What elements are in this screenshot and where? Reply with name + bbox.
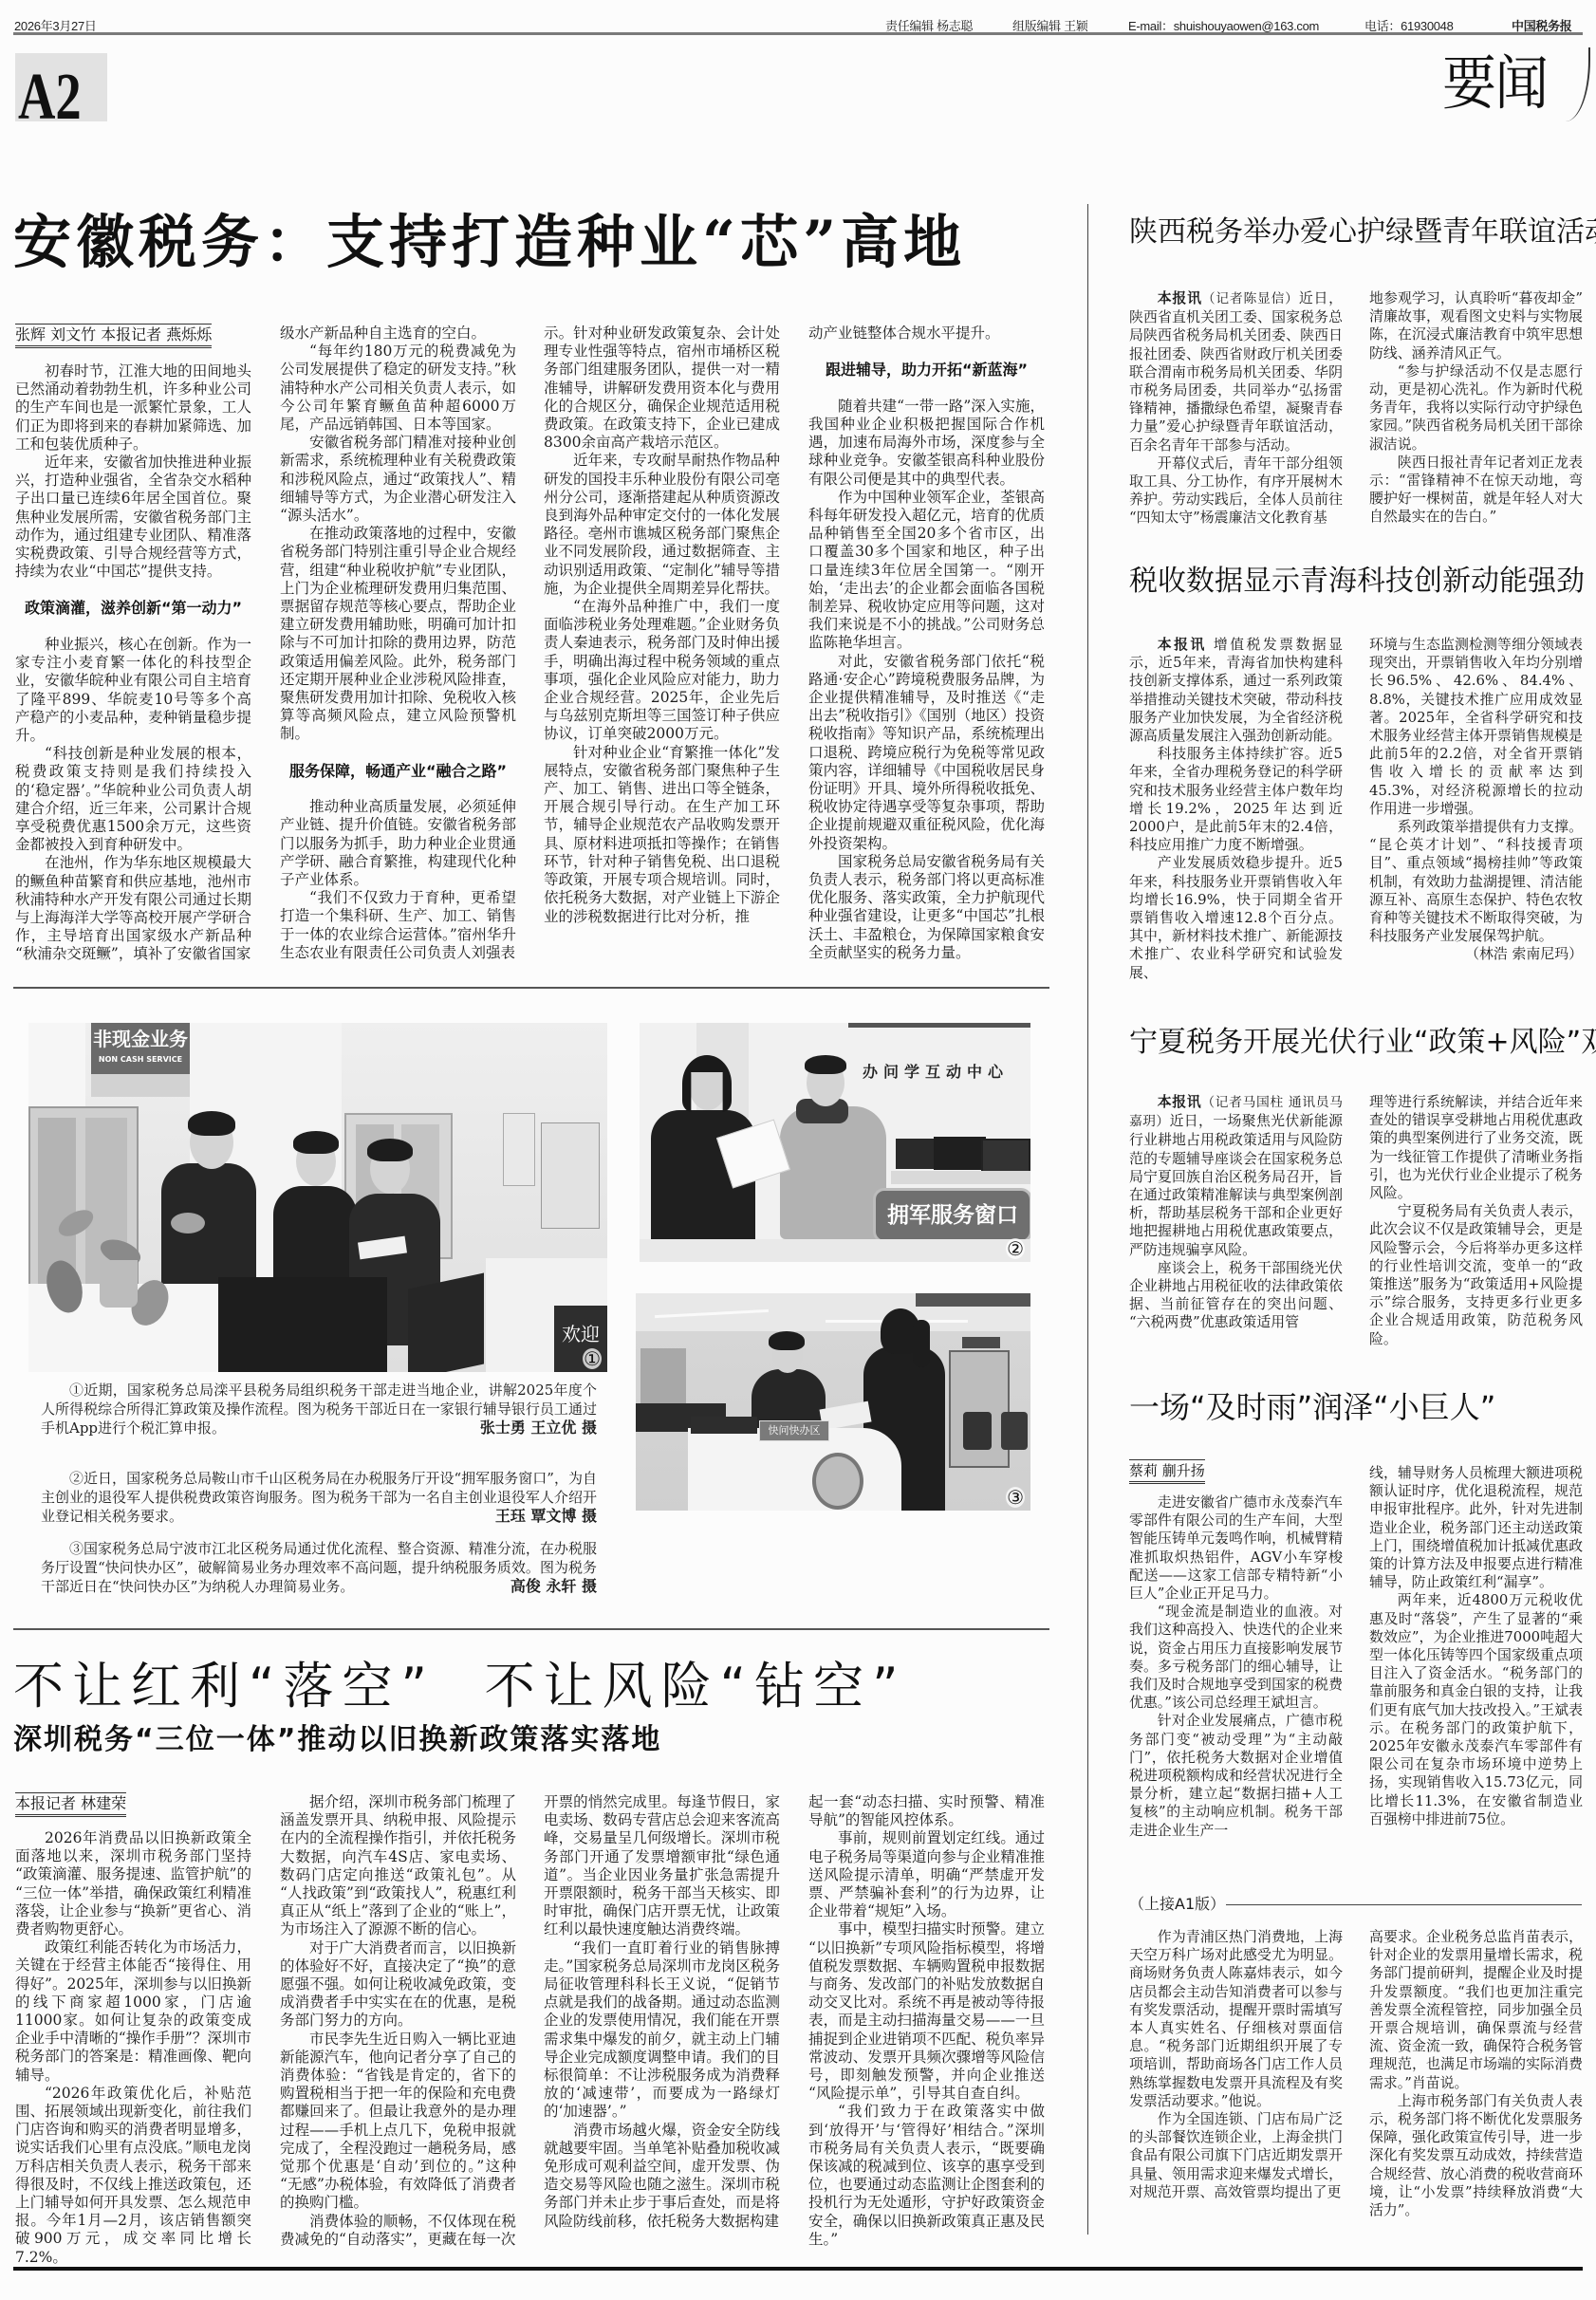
plant-leaf [171,1213,205,1233]
article-paragraph: 安徽省税务部门精准对接种业创新需求，系统梳理种业有关税费政策和涉税风险点，通过“… [280,434,516,525]
article-paragraph: 对于广大消费者而言，以旧换新的体验好不好，直接决定了“换”的意愿强不强。如何让税… [280,1939,516,2031]
article-paragraph: 市民李先生近日购入一辆比亚迪新能源汽车，他向记者分享了自己的消费体验：“省钱是肯… [280,2031,516,2213]
article-paragraph: 本报讯（记者马国柱 通讯员马嘉玥）近日，一场聚焦光伏新能源行业耕地占用税政策适用… [1129,1093,1343,1259]
article-paragraph: 线，辅导财务人员梳理大额进项税额认证时序，优化退税流程，规范申报审批程序。此外，… [1369,1464,1583,1591]
article-paragraph: 产业发展质效稳步提升。近5年来，科技服务业开票销售收入年均增长16.9%，快于同… [1129,854,1343,981]
article-paragraph: 两年来，近4800万元税收优惠及时“落袋”，产生了显著的“乘数效应”，为企业推进… [1369,1591,1583,1828]
quick-service-sign: 快问快办区 [759,1420,829,1441]
article-paragraph: 作为中国种业领军企业，荃银高科每年研发投入超亿元，培育的优质品种销售至全国20多… [808,489,1045,653]
monitor [934,1137,986,1170]
dateline-lead: 本报讯 [1158,289,1202,306]
article-paragraph: “现金流是制造业的血液。对我们这种高投入、快迭代的企业来说，资金占用压力直接影响… [1129,1603,1343,1712]
dateline-lead: 本报讯 [1158,636,1207,653]
sign-text: 快问快办区 [760,1424,828,1437]
article-paragraph: 上海市税务部门有关负责人表示，税务部门将不断优化发票服务保障，强化政策宣传引导，… [1369,2092,1583,2219]
byline: 张辉 刘文竹 本报记者 燕烁烁 [15,324,212,348]
article-paragraph: 种业振兴，核心在创新。作为一家专注小麦育繁一体化的科技型企业，安徽华皖种业有限公… [15,636,251,745]
headline: 税收数据显示青海科技创新动能强劲 [1129,564,1585,600]
sign-text: 非现金业务 [91,1028,190,1050]
article-paragraph: 在推动政策落地的过程中，安徽省税务部门特别注重引导企业合规经营，组建“种业税收护… [280,525,516,743]
author-signature: （林浩 索南尼玛） [1369,945,1583,963]
article-paragraph: 理等进行系统解读，并结合近年来查处的错误享受耕地占用税优惠政策的典型案例进行了业… [1369,1093,1583,1202]
sign-text-english: NON CASH SERVICE [91,1054,190,1066]
photo-caption: ②近日，国家税务总局鞍山市千山区税务局在办税服务厅开设“拥军服务窗口”，为自主创… [41,1469,597,1526]
article-column: 开票的悄然完成里。每逢节假日，家电卖场、数码专营店总会迎来客流高峰，交易量呈几何… [544,1793,780,2231]
article-paragraph: 针对企业发展痛点，广德市税务部门变“被动受理”为“主动敲门”，依托税务大数据对企… [1129,1712,1343,1839]
monitor [691,1417,757,1434]
monitor [218,1277,387,1372]
photo-bank-tax-guidance: 非现金业务 NON CASH SERVICE [28,1023,607,1372]
article-column: 高要求。企业税务总监肖苗表示，针对企业的发票用量增长需求，税务部门提前研判，提醒… [1369,1928,1583,2219]
column-divider [1087,204,1088,2235]
article-paragraph: 事前，规则前置划定红线。通过电子税务局等渠道向参与企业精准推送风险提示清单，明确… [808,1829,1045,1920]
article-paragraph: “科技创新是种业发展的根本，税费政策支持则是我们持续投入的‘稳定器’。”华皖种业… [15,745,251,854]
photo-credit: 张士勇 王立优 摄 [473,1419,597,1437]
article-divider [13,987,1049,989]
article-paragraph: 走进安徽省广德市永茂泰汽车零部件有限公司的生产车间，大型智能压铸单元轰鸣作响，机… [1129,1493,1343,1603]
photo-number-badge: ② [1006,1238,1025,1259]
photo-veteran-service-window: 办问学互动中心 拥军服务窗口 ② [640,1023,1030,1262]
page-bottom-rule [13,2267,1583,2271]
article-column: 作为青浦区热门消费地，上海天空万科广场对此感受尤为明显。商场财务负责人陈嘉炜表示… [1129,1928,1343,2201]
page-number-box: A2 [15,53,107,121]
article-column: 蔡莉 蒯升扬 走进安徽省广德市永茂泰汽车零部件有限公司的生产车间，大型智能压铸单… [1129,1459,1343,1840]
byline: 蔡莉 蒯升扬 [1129,1459,1205,1484]
article-column: 示。针对种业研发政策复杂、会计处理专业性强等特点，宿州市埇桥区税务部门组建服务团… [544,325,780,926]
glass-door [949,1350,1010,1468]
tax-emblem-icon [812,1453,863,1510]
article-column: 本报记者 林建荣 2026年消费品以旧换新政策全面落地以来，深圳市税务部门坚持“… [15,1792,251,2267]
article-paragraph: 高要求。企业税务总监肖苗表示，针对企业的发票用量增长需求，税务部门提前研判，提醒… [1369,1928,1583,2092]
article-paragraph: 政策红利能否转化为市场活力，关键在于经营主体能否“接得住、用得好”。2025年，… [15,1938,251,2085]
window [640,1348,686,1405]
article-column: 级水产新品种自主选育的空白。 “每年约180万元的税费减免为公司发展提供了稳定的… [280,325,516,962]
article-paragraph: 作为全国连锁、门店布局广泛的头部餐饮连锁企业，上海金拱门食品有限公司旗下门店近期… [1129,2110,1343,2201]
article-column: 张辉 刘文竹 本报记者 燕烁烁 初春时节，江淮大地的田间地头已然涌动着勃勃生机，… [15,324,251,964]
article-paragraph: “我们一直盯着行业的销售脉搏走。”国家税务总局深圳市龙岗区税务局征收管理科科长王… [544,1939,780,2122]
article-column: 理等进行系统解读，并结合近年来查处的错误享受耕地占用税优惠政策的典型案例进行了业… [1369,1093,1583,1348]
article-paragraph: 开幕仪式后，青年干部分组领取工具、分工协作，有序开展树木养护。劳动实践后，全体人… [1129,454,1343,528]
article-paragraph: 2026年消费品以旧换新政策全面落地以来，深圳市税务部门坚持“政策滴灌、服务提速… [15,1829,251,1938]
headline: 不让红利“落空” 不让风险“钻空” [13,1657,907,1717]
article-paragraph: 推动种业高质量发展，必须延伸产业链、提升价值链。安徽省税务部门以服务为抓手，助力… [280,798,516,889]
photo-caption: ③国家税务总局宁波市江北区税务局通过优化流程、整合资源、精准分流，在办税服务厅设… [41,1539,597,1596]
photo-credit: 王珏 覃文博 摄 [488,1507,597,1526]
article-column: 据介绍，深圳市税务部门梳理了涵盖发票开具、纳税申报、风险提示在内的全流程操作指引… [280,1793,516,2249]
article-paragraph: 开票的悄然完成里。每逢节假日，家电卖场、数码专营店总会迎来客流高峰，交易量呈几何… [544,1793,780,1939]
article-paragraph: 随着共建“一带一路”深入实施，我国种业企业积极把握国际合作机遇，加速布局海外市场… [808,398,1045,489]
article-column: 动产业链整体合规水平提升。 跟进辅导，助力开拓“新蓝海” 随着共建“一带一路”深… [808,325,1045,962]
article-divider [13,1628,1049,1630]
section-subhead: 政策滴灌，滋养创新“第一动力” [15,581,251,636]
article-paragraph: 针对种业企业“育繁推一体化”发展特点，安徽省税务部门聚焦种子生产、加工、销售、进… [544,744,780,926]
article-paragraph: 示。针对种业研发政策复杂、会计处理专业性强等特点，宿州市埇桥区税务部门组建服务团… [544,325,780,452]
continuation-rule [1226,1904,1582,1905]
person-veteran [780,1106,886,1239]
article-paragraph: 地参观学习，认真聆听“暮夜却金”清廉故事，观看图文史料与实物展陈，在沉浸式廉洁教… [1369,289,1583,362]
article-paragraph: 系列政策举措提供有力支撑。“昆仑英才计划”、“科技援青项目”、重点领域“揭榜挂帅… [1369,818,1583,945]
article-paragraph: 消费市场越火爆，资金安全防线就越要牢固。当单笔补贴叠加税收减免形成可观利益空间，… [544,2122,780,2231]
ceiling-light [655,1309,769,1318]
photo-number-badge: ① [583,1348,602,1369]
header-rule [13,32,1583,35]
sign-text: 拥军服务窗口 [876,1202,1030,1229]
article-paragraph: 在池州，作为华东地区规模最大的鳜鱼种苗繁育和供应基地，池州市秋浦特种水产开发有限… [15,854,251,963]
article-paragraph: 级水产新品种自主选育的空白。 [280,325,516,343]
section-subhead: 服务保障，畅通产业“融合之路” [280,744,516,799]
article-paragraph: 消费体验的顺畅，不仅体现在税费减免的“自动落实”，更藏在每一次 [280,2213,516,2249]
paragraph-text: 近日，一场聚焦光伏新能源行业耕地占用税政策适用与风险防范的专题辅导座谈会在国家税… [1129,1112,1343,1257]
article-paragraph: 据介绍，深圳市税务部门梳理了涵盖发票开具、纳税申报、风险提示在内的全流程操作指引… [280,1793,516,1939]
subheadline: 深圳税务“三位一体”推动以旧换新政策落实落地 [13,1722,661,1758]
veteran-service-sign: 拥军服务窗口 [873,1188,1030,1243]
wall-poster [503,1113,535,1186]
article-column: 线，辅导财务人员梳理大额进项税额认证时序，优化退税流程，规范申报审批程序。此外，… [1369,1464,1583,1828]
article-paragraph: “2026年政策优化后，补贴范围、拓展领域出现新变化，前往我们门店咨询和购买的消… [15,2085,251,2267]
article-paragraph: 初春时节，江淮大地的田间地头已然涌动着勃勃生机，许多种业公司的生产车间也是一派繁… [15,362,251,454]
byline: 本报记者 林建荣 [15,1792,126,1817]
headline: 一场“及时雨”润泽“小巨人” [1129,1388,1495,1426]
article-paragraph: 起一套“动态扫描、实时预警、精准导航”的智能风控体系。 [808,1793,1045,1829]
article-column: 本报讯（记者陈显信）近日，陕西省直机关团工委、国家税务总局陕西省税务局机关团委、… [1129,289,1343,528]
headline: 安徽税务：支持打造种业“芯”高地 [13,207,966,279]
article-paragraph: 环境与生态监测检测等细分领域表现突出，开票销售收入年均分别增长96.5%、42.… [1369,636,1583,818]
article-paragraph: “每年约180万元的税费减免为公司发展提供了稳定的研发支持。”秋浦特种水产公司相… [280,343,516,434]
photo-credit: 高俊 永轩 摄 [503,1577,597,1596]
article-paragraph: 近年来，专攻耐旱耐热作物品种研发的国投丰乐种业股份有限公司亳州分公司，逐渐搭建起… [544,452,780,598]
article-column: 本报讯（记者马国柱 通讯员马嘉玥）近日，一场聚焦光伏新能源行业耕地占用税政策适用… [1129,1093,1343,1332]
headline: 宁夏税务开展光伏行业“政策+风险”双提示 [1129,1025,1596,1061]
chair [1001,1412,1028,1450]
wall-poster [541,1122,600,1229]
article-paragraph: “我们致力于在政策落实中做到‘放得开’与‘管得好’相结合。”深圳市税务局有关负责… [808,2103,1045,2249]
section-subhead: 跟进辅导，助力开拓“新蓝海” [808,343,1045,398]
paragraph-text: 近日，陕西省直机关团工委、国家税务总局陕西省税务局机关团委、陕西日报社团委、陕西… [1129,289,1343,454]
continued-from-label: （上接A1版） [1129,1894,1225,1915]
article-paragraph: “我们不仅致力于育种，更希望打造一个集科研、生产、加工、销售于一体的农业综合运营… [280,889,516,962]
dateline-lead: 本报讯 [1158,1093,1201,1110]
article-paragraph: 科技服务主体持续扩容。近5年来，全省办理税务登记的科学研究和技术服务业经营主体户… [1129,745,1343,854]
article-paragraph: 本报讯 增值税发票数据显示，近5年来，青海省加快构建科技创新支撑体系，通过一系列… [1129,636,1343,745]
article-paragraph: 座谈会上，税务干部围绕光伏企业耕地占用税征收的法律政策依据、当前征管存在的突出问… [1129,1259,1343,1332]
article-column: 地参观学习，认真聆听“暮夜却金”清廉故事，观看图文史料与实物展陈，在沉浸式廉洁教… [1369,289,1583,527]
article-paragraph: 本报讯（记者陈显信）近日，陕西省直机关团工委、国家税务总局陕西省税务局机关团委、… [1129,289,1343,454]
article-column: 本报讯 增值税发票数据显示，近5年来，青海省加快构建科技创新支撑体系，通过一系列… [1129,636,1343,982]
photo-caption: ①近期，国家税务总局滦平县税务局组织税务干部走进当地企业，讲解2025年度个人所… [41,1381,597,1437]
section-title: 要闻 [1442,49,1547,118]
article-paragraph: “参与护绿活动不仅是志愿行动，更是初心洗礼。作为新时代税务青年，我将以实际行动守… [1369,362,1583,454]
article-paragraph: 作为青浦区热门消费地，上海天空万科广场对此感受尤为明显。商场财务负责人陈嘉炜表示… [1129,1928,1343,2110]
area-sign [962,1337,1000,1348]
article-paragraph: 国家税务总局安徽省税务局有关负责人表示，税务部门将以更高标准优化服务、落实政策，… [808,853,1045,962]
monitor [408,1272,484,1372]
chair [963,1412,992,1450]
welcome-text: 欢迎 [554,1323,607,1345]
article-column: 起一套“动态扫描、实时预警、精准导航”的智能风控体系。 事前，规则前置划定红线。… [808,1793,1045,2249]
section-bracket-ornament [1566,47,1590,121]
article-column: 环境与生态监测检测等细分领域表现突出，开票销售收入年均分别增长96.5%、42.… [1369,636,1583,964]
service-sign: 非现金业务 NON CASH SERVICE [91,1023,190,1074]
article-paragraph: 事中，模型扫描实时预警。建立“以旧换新”专项风险指标模型，将增值税发票数据、车辆… [808,1920,1045,2103]
reporter-credit: （记者陈显信） [1202,291,1299,306]
article-paragraph: 动产业链整体合规水平提升。 [808,325,1045,343]
article-paragraph: 对此，安徽省税务部门依托“税路通·安企心”跨境税费服务品牌，为企业提供精准辅导，… [808,653,1045,853]
headline: 陕西税务举办爱心护绿暨青年联谊活动 [1129,214,1596,250]
wall-lettering: 办问学互动中心 [860,1063,1011,1082]
article-paragraph: 宁夏税务局有关负责人表示，此次会议不仅是政策辅导会，更是风险警示会，今后将举办更… [1369,1202,1583,1348]
page-number: A2 [18,65,82,121]
article-paragraph: “在海外品种推广中，我们一度面临涉税业务处理难题。”企业财务负责人秦迪表示，税务… [544,598,780,744]
article-paragraph: 近年来，安徽省加快推进种业振兴，打造种业强省，全省杂交水稻种子出口量已连续6年居… [15,454,251,581]
ceiling-panel [916,1293,1030,1307]
plant-pot [100,1260,138,1308]
article-paragraph: 陕西日报社青年记者刘正龙表示：“雷锋精神不在惊天动地，弯腰护好一棵树苗，就是年轻… [1369,454,1583,527]
counter [640,1239,1030,1262]
photo-quick-service-area: 快问快办区 ③ [636,1293,1030,1511]
photo-number-badge: ③ [1006,1487,1025,1508]
